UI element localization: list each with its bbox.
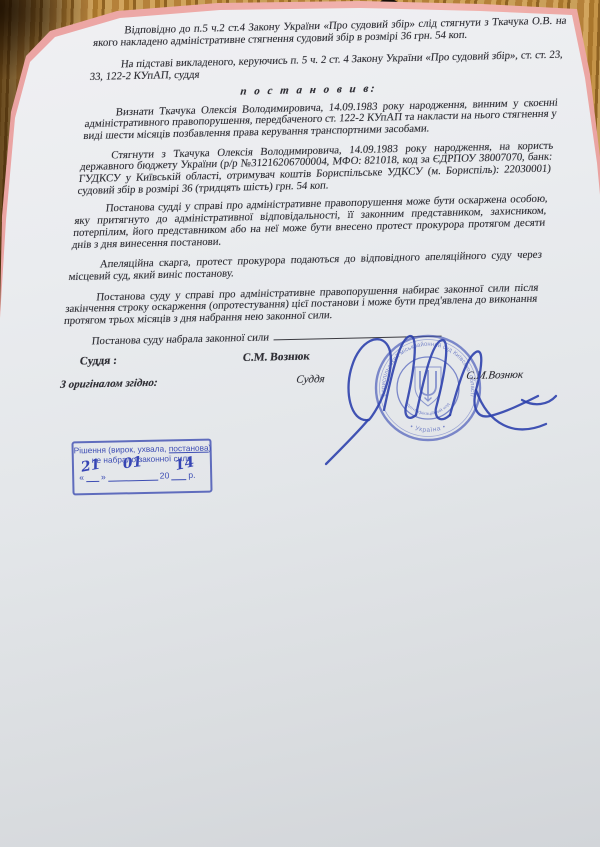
judge-name: С.М. Вознюк [242, 352, 310, 365]
handwritten-month: 01 [122, 454, 143, 472]
photo-of-court-document: Відповідно до п.5 ч.2 ст.4 Закону Україн… [0, 0, 600, 847]
stamp-quote-close: » [101, 473, 106, 482]
signature-stroke [326, 420, 368, 464]
judge-signature-ink [318, 312, 568, 482]
paragraph-appeal-filing: Апеляційна скарга, протест прокурора под… [68, 250, 542, 284]
handwritten-day: 21 [80, 456, 102, 475]
paragraph-appeal-rights: Постанова судді у справі про адміністрат… [71, 194, 548, 251]
stamp-month-blank [108, 472, 158, 482]
signature-stroke [384, 336, 450, 419]
stamp-line1-underlined-word: постанова [169, 443, 209, 454]
entered-force-text: Постанова суду набрала законної сили [91, 331, 270, 347]
stamp-line1-paren: ) [208, 443, 211, 453]
not-in-force-stamp: Рішення (вирок, ухвала, постанова) не на… [71, 439, 212, 496]
signature-stroke [450, 351, 538, 416]
paragraph-legal-basis: На підставі викладеного, керуючись п. 5 … [89, 50, 563, 84]
stamp-year-prefix: 20 [160, 471, 170, 480]
certified-label: З оригіналом згідно: [60, 378, 159, 392]
judge-label: Суддя : [79, 356, 117, 369]
paragraph-fee-collection: Стягнути з Ткачука Олексія Володимирович… [77, 140, 554, 197]
paragraph-guilty-verdict: Визнати Ткачука Олексія Володимировича, … [83, 97, 559, 142]
stamp-year-suffix: р. [188, 471, 195, 480]
